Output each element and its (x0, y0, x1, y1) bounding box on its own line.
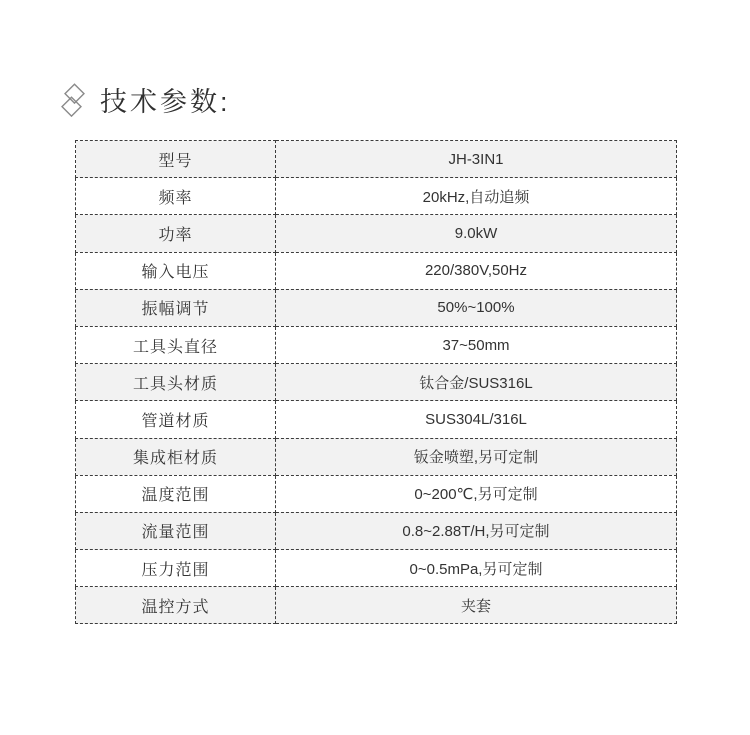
spec-label: 管道材质 (76, 401, 276, 438)
table-row: 输入电压 220/380V,50Hz (76, 252, 677, 289)
spec-label: 流量范围 (76, 512, 276, 549)
spec-value: 37~50mm (276, 326, 677, 363)
spec-value: 20kHz,自动追频 (276, 178, 677, 215)
spec-value: 钣金喷塑,另可定制 (276, 438, 677, 475)
table-row: 功率 9.0kW (76, 215, 677, 252)
spec-value: SUS304L/316L (276, 401, 677, 438)
table-row: 工具头直径 37~50mm (76, 326, 677, 363)
spec-label: 集成柜材质 (76, 438, 276, 475)
spec-label: 压力范围 (76, 550, 276, 587)
table-row: 管道材质 SUS304L/316L (76, 401, 677, 438)
table-row: 压力范围 0~0.5mPa,另可定制 (76, 550, 677, 587)
spec-value: 9.0kW (276, 215, 677, 252)
spec-label: 工具头材质 (76, 364, 276, 401)
spec-label: 温控方式 (76, 587, 276, 624)
double-diamond-icon (58, 82, 88, 118)
page-title: 技术参数: (100, 80, 231, 119)
spec-label: 输入电压 (76, 252, 276, 289)
table-row: 频率 20kHz,自动追频 (76, 178, 677, 215)
spec-label: 工具头直径 (76, 326, 276, 363)
table-row: 集成柜材质 钣金喷塑,另可定制 (76, 438, 677, 475)
spec-label: 型号 (76, 141, 276, 178)
spec-value: 0.8~2.88T/H,另可定制 (276, 512, 677, 549)
table-row: 温控方式 夹套 (76, 587, 677, 624)
table-row: 振幅调节 50%~100% (76, 289, 677, 326)
table-row: 温度范围 0~200℃,另可定制 (76, 475, 677, 512)
spec-label: 功率 (76, 215, 276, 252)
spec-table: 型号 JH-3IN1 频率 20kHz,自动追频 功率 9.0kW 输入电压 2… (75, 140, 677, 624)
section-title-row: 技术参数: (58, 80, 231, 119)
page: 技术参数: 型号 JH-3IN1 频率 20kHz,自动追频 功率 9.0kW … (0, 0, 750, 735)
spec-value: 钛合金/SUS316L (276, 364, 677, 401)
spec-label: 频率 (76, 178, 276, 215)
table-row: 流量范围 0.8~2.88T/H,另可定制 (76, 512, 677, 549)
spec-value: 220/380V,50Hz (276, 252, 677, 289)
table-row: 工具头材质 钛合金/SUS316L (76, 364, 677, 401)
spec-value: 0~200℃,另可定制 (276, 475, 677, 512)
table-row: 型号 JH-3IN1 (76, 141, 677, 178)
spec-table-body: 型号 JH-3IN1 频率 20kHz,自动追频 功率 9.0kW 输入电压 2… (76, 141, 677, 624)
spec-value: 50%~100% (276, 289, 677, 326)
spec-value: 0~0.5mPa,另可定制 (276, 550, 677, 587)
spec-label: 温度范围 (76, 475, 276, 512)
spec-value: JH-3IN1 (276, 141, 677, 178)
spec-label: 振幅调节 (76, 289, 276, 326)
spec-value: 夹套 (276, 587, 677, 624)
